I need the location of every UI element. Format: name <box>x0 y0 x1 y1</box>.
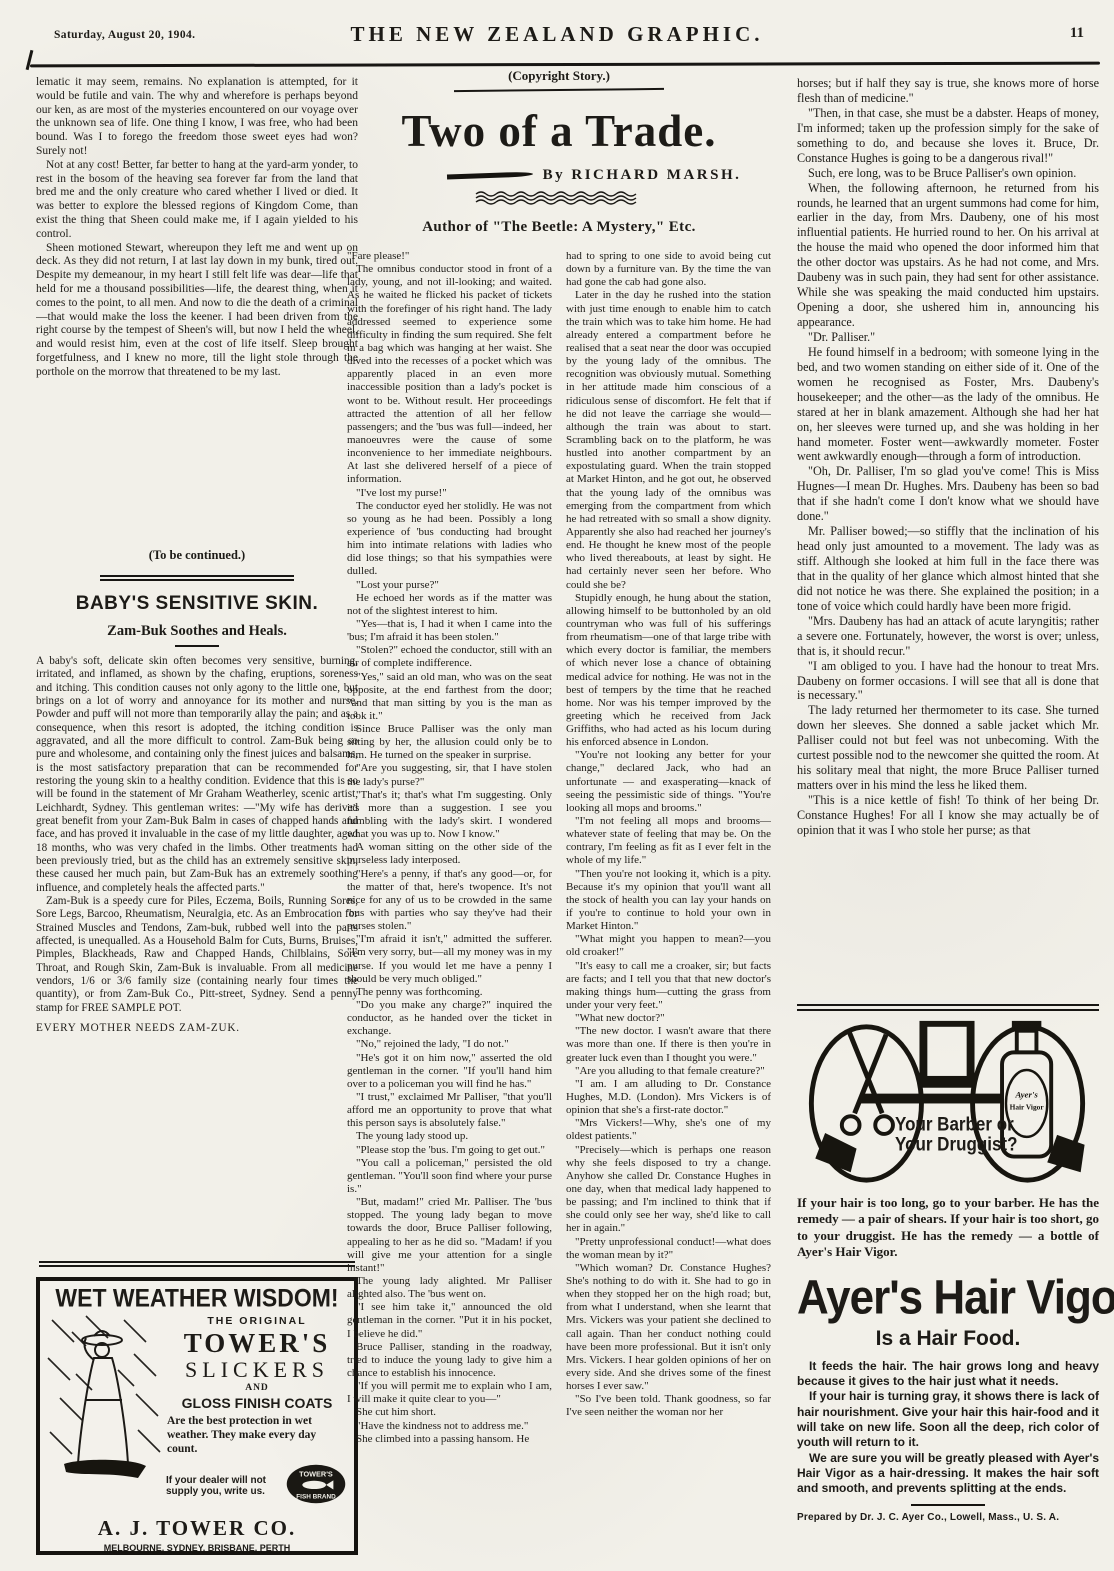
ayers-hair-vigor-ad: Ayer's Hair Vigor Your Barber or Your Dr… <box>797 1015 1099 1523</box>
paragraph: "What new doctor?" <box>566 1012 771 1025</box>
paragraph: "I trust," exclaimed Mr Palliser, "that … <box>347 1091 552 1130</box>
paragraph: Zam-Buk is a speedy cure for Piles, Ecze… <box>36 895 358 1015</box>
short-rule <box>911 1504 985 1506</box>
ad-tagline: THE ORIGINAL <box>166 1315 348 1327</box>
paragraph: "Do you make any charge?" inquired the c… <box>347 999 552 1038</box>
paragraph: Mr. Palliser bowed;—so stiffly that the … <box>797 524 1099 614</box>
paragraph: "I've lost my purse!" <box>347 487 552 500</box>
rain-slicker-illustration <box>46 1314 164 1511</box>
paragraph: The young lady alighted. Mr Palliser ali… <box>347 1275 552 1301</box>
paragraph: The lady returned her thermometer to its… <box>797 703 1099 793</box>
paragraph: "Stolen?" echoed the conductor, still wi… <box>347 644 552 670</box>
newspaper-page: Saturday, August 20, 1904. THE NEW ZEALA… <box>0 0 1114 1571</box>
copyright-line: (Copyright Story.) <box>347 68 771 84</box>
flourish-rule <box>447 172 533 180</box>
paragraph: "He's got it on him now," asserted the o… <box>347 1052 552 1091</box>
ad-body: It feeds the hair. The hair grows long a… <box>797 1359 1099 1497</box>
paragraph: A baby's soft, delicate skin often becom… <box>36 655 358 895</box>
paragraph: "Precisely—which is perhaps one reason w… <box>566 1144 771 1236</box>
paragraph: Such, ere long, was to be Bruce Palliser… <box>797 166 1099 181</box>
story-column-3: horses; but if half they say is true, sh… <box>797 76 1099 996</box>
paragraph: She climbed into a passing hansom. He <box>347 1433 552 1446</box>
paragraph: The penny was forthcoming. <box>347 986 552 999</box>
author-note: Author of "The Beetle: A Mystery," Etc. <box>347 219 771 236</box>
left-column: lematic it may seem, remains. No explana… <box>36 76 358 1555</box>
paragraph: Not at any cost! Better, far better to h… <box>36 159 358 242</box>
paragraph: "I see him take it," announced the old g… <box>347 1301 552 1340</box>
company-locations: MELBOURNE, SYDNEY, BRISBANE, PERTH or AU… <box>46 1543 348 1555</box>
paragraph: The conductor eyed her stolidly. He was … <box>347 500 552 579</box>
ad-intro: If your hair is too long, go to your bar… <box>797 1195 1099 1261</box>
page-number: 11 <box>1070 25 1084 42</box>
barber-druggist-illustration: Ayer's Hair Vigor Your Barber or Your Dr… <box>797 1015 1099 1187</box>
paragraph: A woman sitting on the other side of the… <box>347 841 552 867</box>
svg-text:Hair Vigor: Hair Vigor <box>1010 1102 1045 1111</box>
wavy-divider <box>347 190 771 211</box>
right-column: horses; but if half they say is true, sh… <box>797 76 1099 1523</box>
paragraph: "Fare please!" <box>347 250 552 263</box>
double-rule <box>39 1261 355 1267</box>
svg-text:Ayer's: Ayer's <box>1014 1090 1038 1100</box>
paragraph: "Are you suggesting, sir, that I have st… <box>347 762 552 788</box>
story-column-1: "Fare please!"The omnibus conductor stoo… <box>347 250 552 1542</box>
paragraph: "I'm afraid it isn't," admitted the suff… <box>347 933 552 986</box>
paragraph: "That's it; that's what I'm suggesting. … <box>347 789 552 842</box>
paragraph: It feeds the hair. The hair grows long a… <box>797 1359 1099 1390</box>
paragraph: had to spring to one side to avoid being… <box>566 250 771 289</box>
paragraph: "You call a policeman," persisted the ol… <box>347 1157 552 1196</box>
ad-footer: Prepared by Dr. J. C. Ayer Co., Lowell, … <box>797 1512 1099 1523</box>
zam-buk-slogan: EVERY MOTHER NEEDS ZAM-ZUK. <box>36 1022 358 1035</box>
brand-name: TOWER'S <box>166 1330 348 1357</box>
paragraph: "I'm not feeling all mops and brooms—wha… <box>566 815 771 868</box>
double-rule <box>797 1004 1099 1011</box>
paragraph: lematic it may seem, remains. No explana… <box>36 76 358 159</box>
rule <box>454 88 664 92</box>
paragraph: "Have the kindness not to address me." <box>347 1420 552 1433</box>
short-rule <box>175 645 219 647</box>
and-word: AND <box>166 1383 348 1393</box>
paragraph: "Here's a penny, if that's any good—or, … <box>347 868 552 934</box>
paragraph: Later in the day he rushed into the stat… <box>566 289 771 591</box>
paragraph: "Yes," said an old man, who was on the s… <box>347 671 552 724</box>
svg-text:TOWER'S: TOWER'S <box>299 1469 333 1478</box>
paragraph: Bruce Palliser, standing in the roadway,… <box>347 1341 552 1380</box>
shears-icon <box>842 1031 893 1134</box>
paragraph: The omnibus conductor stood in front of … <box>347 263 552 486</box>
article-subheading: Zam-Buk Soothes and Heals. <box>36 623 358 640</box>
towers-slickers-ad: WET WEATHER WISDOM! <box>36 1277 358 1555</box>
ad-body: Are the best protection in wet weather. … <box>166 1415 348 1456</box>
dealer-note: If your dealer will not supply you, writ… <box>166 1475 281 1498</box>
paragraph: Since Bruce Palliser was the only man si… <box>347 723 552 762</box>
svg-text:FISH BRAND: FISH BRAND <box>296 1493 336 1500</box>
paragraph: "So I've been told. Thank goodness, so f… <box>566 1393 771 1419</box>
zam-buk-body: A baby's soft, delicate skin often becom… <box>36 655 358 1251</box>
product-name: SLICKERS <box>166 1357 348 1382</box>
header-rule <box>30 62 1100 68</box>
paragraph: He echoed her words as if the matter was… <box>347 592 552 618</box>
product-name-2: GLOSS FINISH COATS <box>166 1395 348 1411</box>
paragraph: He found himself in a bedroom; with some… <box>797 345 1099 465</box>
towers-fish-brand-seal: TOWER'S FISH BRAND <box>284 1462 348 1511</box>
paragraph: When, the following afternoon, he return… <box>797 181 1099 330</box>
paragraph: We are sure you will be greatly pleased … <box>797 1451 1099 1497</box>
paragraph: "Lost your purse?" <box>347 579 552 592</box>
paragraph: She cut him short. <box>347 1406 552 1419</box>
zam-buk-paragraphs: A baby's soft, delicate skin often becom… <box>36 655 358 1015</box>
paragraph: Stupidly enough, he hung about the stati… <box>566 592 771 750</box>
double-rule <box>100 575 293 581</box>
paragraph: "You're not looking any better for your … <box>566 749 771 815</box>
paragraph: "This is a nice kettle of fish! To think… <box>797 793 1099 838</box>
article-heading: BABY'S SENSITIVE SKIN. <box>36 593 358 615</box>
paragraph: "Mrs. Daubeny has had an attack of acute… <box>797 614 1099 659</box>
byline: By RICHARD MARSH. <box>543 167 742 184</box>
ad-headline: Ayer's Hair Vigor <box>797 1270 1099 1325</box>
paragraph: "Yes—that is, I had it when I came into … <box>347 618 552 644</box>
paragraph: "Mrs Vickers!—Why, she's one of my oldes… <box>566 1117 771 1143</box>
paragraph: "If you will permit me to explain who I … <box>347 1380 552 1406</box>
paragraph: "Oh, Dr. Palliser, I'm so glad you've co… <box>797 464 1099 524</box>
paragraph: "But, madam!" cried Mr. Palliser. The 'b… <box>347 1196 552 1275</box>
paragraph: "I am obliged to you. I have had the hon… <box>797 659 1099 704</box>
paragraph: "Are you alluding to that female creatur… <box>566 1065 771 1078</box>
to-be-continued: (To be continued.) <box>36 548 358 563</box>
paragraph: Sheen motioned Stewart, whereupon they l… <box>36 242 358 380</box>
paragraph: The young lady stood up. <box>347 1130 552 1143</box>
ad-subheadline: Is a Hair Food. <box>797 1327 1099 1351</box>
paragraph: "No," rejoined the lady, "I do not." <box>347 1038 552 1051</box>
paragraph: "The new doctor. I wasn't aware that the… <box>566 1025 771 1064</box>
paragraph: "I am. I am alluding to Dr. Constance Hu… <box>566 1078 771 1117</box>
story-title: Two of a Trade. <box>347 105 771 157</box>
ad-headline: WET WEATHER WISDOM! <box>46 1284 348 1313</box>
paragraph: "It's easy to call me a croaker, sir; bu… <box>566 960 771 1013</box>
masthead: THE NEW ZEALAND GRAPHIC. <box>0 22 1114 47</box>
story-column-2: had to spring to one side to avoid being… <box>566 250 771 1542</box>
paragraph: "What might you happen to mean?—you old … <box>566 933 771 959</box>
feature-story: (Copyright Story.) Two of a Trade. By RI… <box>347 68 771 1542</box>
locations-line2: or AUCKLAND. Factories : BOSTON, U.S.A. <box>46 1554 348 1555</box>
paragraph: "Which woman? Dr. Constance Hughes? She'… <box>566 1262 771 1393</box>
paragraph: "Then, in that case, she must be a dabst… <box>797 106 1099 166</box>
paragraph: If your hair is turning gray, it shows t… <box>797 1389 1099 1450</box>
locations-line1: MELBOURNE, SYDNEY, BRISBANE, PERTH <box>46 1543 348 1555</box>
zam-buk-article: BABY'S SENSITIVE SKIN. Zam-Buk Soothes a… <box>36 593 358 1251</box>
paragraph: "Then you're not looking it, which is a … <box>566 868 771 934</box>
serial-story-continuation: lematic it may seem, remains. No explana… <box>36 76 358 546</box>
paragraph: "Please stop the 'bus. I'm going to get … <box>347 1144 552 1157</box>
paragraph: "Dr. Palliser." <box>797 330 1099 345</box>
paragraph: horses; but if half they say is true, sh… <box>797 76 1099 106</box>
ad-question: Your Barber or Your Druggist? <box>895 1115 1017 1156</box>
paragraph: "Pretty unprofessional conduct!—what doe… <box>566 1236 771 1262</box>
company-name: A. J. TOWER CO. <box>46 1516 348 1541</box>
